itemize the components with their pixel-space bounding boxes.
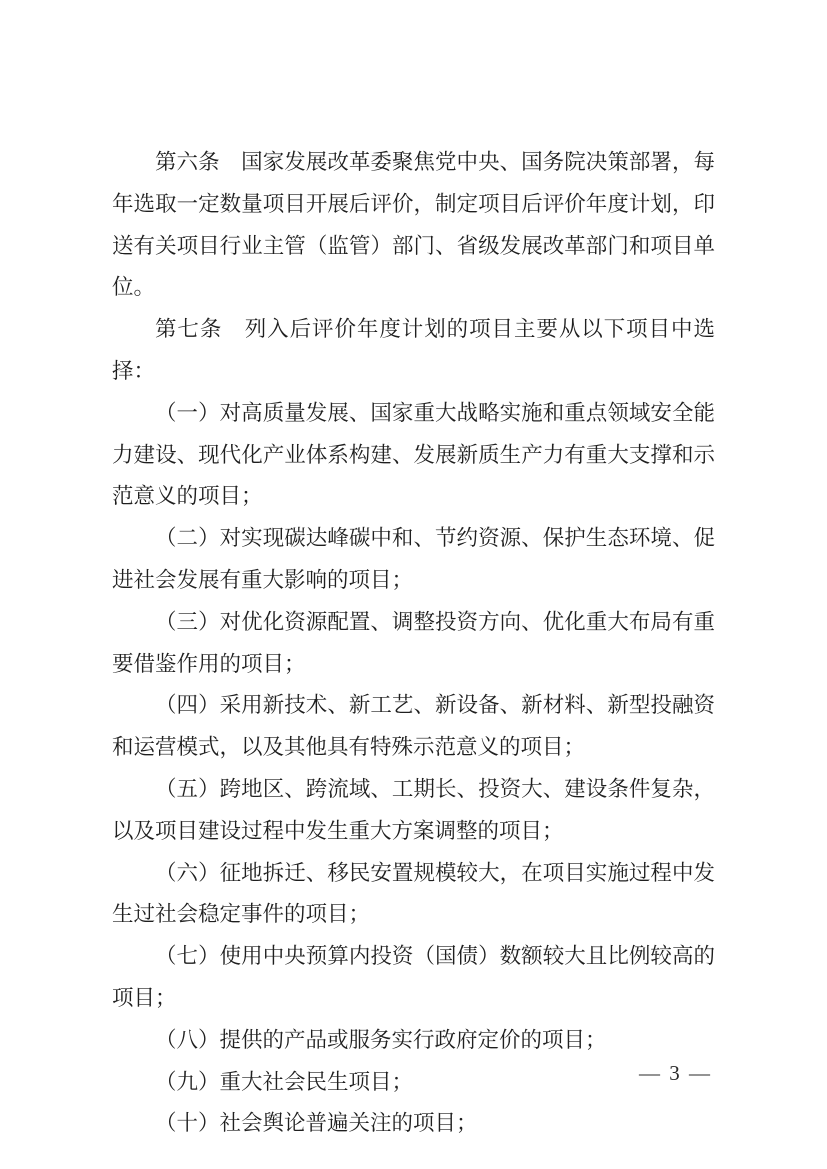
paragraph: 第六条 国家发展改革委聚焦党中央、国务院决策部署，每年选取一定数量项目开展后评价…: [112, 142, 715, 309]
paragraph: （九）重大社会民生项目；: [112, 1062, 715, 1104]
paragraph: 第七条 列入后评价年度计划的项目主要从以下项目中选择：: [112, 309, 715, 393]
paragraph: （四）采用新技术、新工艺、新设备、新材料、新型投融资和运营模式，以及其他具有特殊…: [112, 685, 715, 769]
paragraph: （三）对优化资源配置、调整投资方向、优化重大布局有重要借鉴作用的项目；: [112, 602, 715, 686]
paragraph: （六）征地拆迁、移民安置规模较大，在项目实施过程中发生过社会稳定事件的项目；: [112, 853, 715, 937]
paragraph: （二）对实现碳达峰碳中和、节约资源、保护生态环境、促进社会发展有重大影响的项目；: [112, 518, 715, 602]
page-number: — 3 —: [639, 1060, 712, 1086]
paragraph: （七）使用中央预算内投资（国债）数额较大且比例较高的项目；: [112, 936, 715, 1020]
document-page: 第六条 国家发展改革委聚焦党中央、国务院决策部署，每年选取一定数量项目开展后评价…: [0, 0, 827, 1169]
paragraph: （十）社会舆论普遍关注的项目；: [112, 1103, 715, 1145]
paragraph: （五）跨地区、跨流域、工期长、投资大、建设条件复杂，以及项目建设过程中发生重大方…: [112, 769, 715, 853]
paragraph: （八）提供的产品或服务实行政府定价的项目；: [112, 1020, 715, 1062]
paragraph: （一）对高质量发展、国家重大战略实施和重点领域安全能力建设、现代化产业体系构建、…: [112, 393, 715, 518]
document-body: 第六条 国家发展改革委聚焦党中央、国务院决策部署，每年选取一定数量项目开展后评价…: [112, 142, 715, 1145]
